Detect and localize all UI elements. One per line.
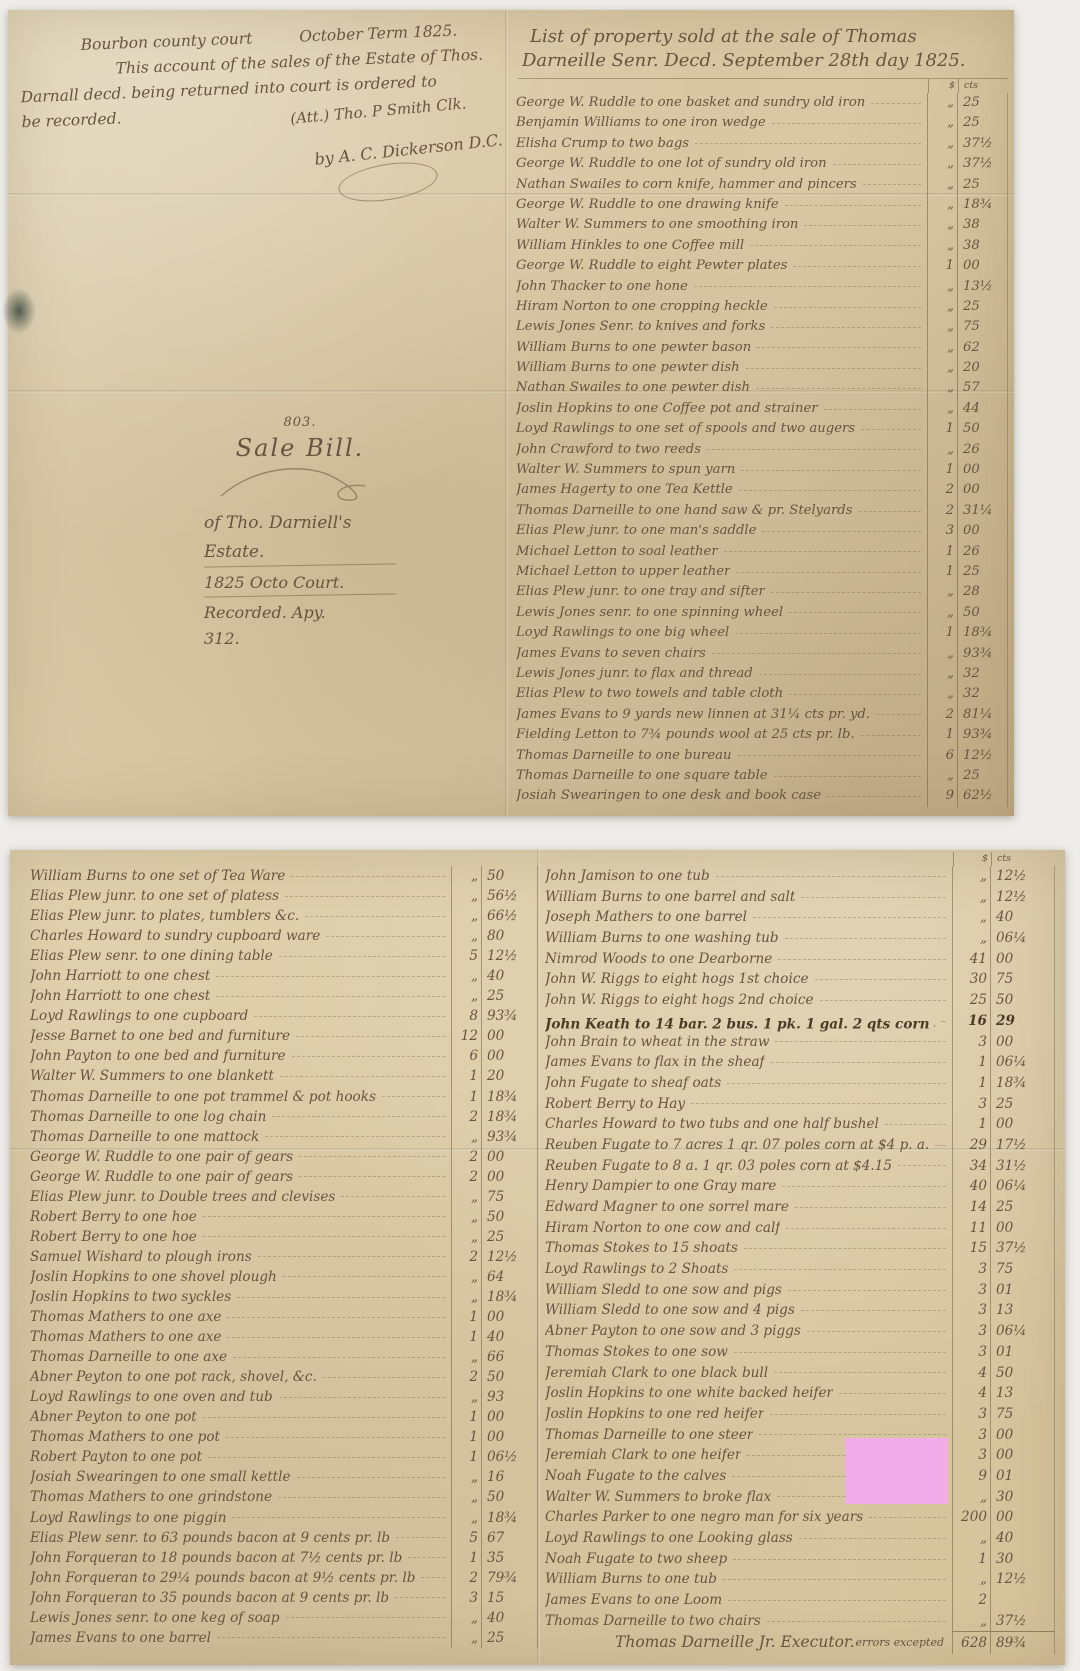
- price-dollars: 1: [952, 1052, 990, 1073]
- entry-text: Joslin Hopkins to one red heifer: [545, 1404, 764, 1425]
- price-dollars: 34: [952, 1156, 990, 1177]
- sale-entry: Loyd Rawlings to one piggin„18¾: [30, 1508, 537, 1528]
- entry-text: John Harriott to one chest: [30, 966, 210, 986]
- price-dollars: 2: [952, 1590, 990, 1611]
- price-column-headers: $ cts: [516, 79, 1008, 93]
- sale-entry: Elisha Crump to two bags„37½: [516, 134, 1007, 154]
- price-cents: 20: [481, 1066, 537, 1086]
- sale-entry: Walter W. Summers to broke flax„30: [545, 1487, 1054, 1508]
- price-dollars: 4: [952, 1363, 990, 1384]
- price-dollars: 1: [451, 1548, 481, 1568]
- entry-text: Joslin Hopkins to one Coffee pot and str…: [516, 399, 818, 419]
- entry-text: John Forqueran to 35 pounds bacon at 9 c…: [30, 1588, 389, 1608]
- price-cents: 00: [957, 521, 1007, 541]
- ink-smudge: [2, 288, 36, 334]
- leader-dashes: [326, 936, 445, 937]
- price-dollars: „: [952, 1611, 990, 1632]
- price-dollars: 8: [451, 1006, 481, 1026]
- sale-entry: George W. Ruddle to one drawing knife„18…: [516, 195, 1007, 215]
- leader-dashes: [767, 1621, 946, 1622]
- price-cents: 17½: [990, 1135, 1054, 1156]
- price-dollars: 6: [927, 746, 957, 766]
- leader-dashes: [285, 896, 445, 897]
- price-dollars: „: [451, 866, 481, 886]
- price-dollars: 1: [927, 562, 957, 582]
- price-cents: 66: [481, 1347, 537, 1367]
- price-dollars: „: [927, 175, 957, 195]
- leader-dashes: [795, 1207, 946, 1208]
- leader-dashes: [278, 1497, 445, 1498]
- leader-dashes: [216, 976, 445, 977]
- price-cents: 40: [481, 1608, 537, 1628]
- price-dollars: „: [451, 986, 481, 1006]
- sale-entry: William Hinkles to one Coffee mill„38: [516, 236, 1007, 256]
- price-cents: 79¾: [481, 1568, 537, 1588]
- sale-entry: Nimrod Woods to one Dearborne4100: [545, 949, 1054, 970]
- entry-text: George W. Ruddle to eight Pewter plates: [516, 256, 787, 276]
- leader-dashes: [861, 429, 921, 430]
- leader-dashes: [382, 1096, 445, 1097]
- sale-entry: Loyd Rawlings to one big wheel118¾: [516, 623, 1007, 643]
- entry-text: Edward Magner to one sorrel mare: [545, 1197, 789, 1218]
- price-dollars: 1: [927, 256, 957, 276]
- entry-text: Abner Peyton to one pot rack, shovel, &c…: [30, 1367, 317, 1387]
- entry-text: Hiram Norton to one cropping heckle: [516, 297, 768, 317]
- entry-text: Charles Howard to sundry cupboard ware: [30, 926, 320, 946]
- price-dollars: „: [927, 277, 957, 297]
- sale-entry: Thomas Darneille to one mattock„93¾: [30, 1127, 537, 1147]
- entry-text: Thomas Darneille to one mattock: [30, 1127, 259, 1147]
- leader-dashes: [807, 1331, 946, 1332]
- price-dollars: 1: [927, 460, 957, 480]
- price-dollars: 12: [451, 1026, 481, 1046]
- entry-text: Lewis Jones Senr. to knives and forks: [516, 317, 765, 337]
- price-dollars: 15: [952, 1238, 990, 1259]
- sale-entry: Samuel Wishard to plough irons212½: [30, 1247, 537, 1267]
- price-dollars: 1: [451, 1087, 481, 1107]
- price-dollars: „: [952, 907, 990, 928]
- entry-text: Michael Letton to soal leather: [516, 542, 718, 562]
- sale-entry: Walter W. Summers to one blankett120: [30, 1066, 537, 1086]
- sale-entry: Reuben Fugate to 7 acres 1 qr. 07 poles …: [545, 1135, 1054, 1156]
- entry-text: Thomas Darneille to one bureau: [516, 746, 732, 766]
- sale-entry: John Brain to wheat in the straw300: [545, 1032, 1054, 1053]
- leader-dashes: [216, 996, 445, 997]
- price-dollars: „: [451, 1608, 481, 1628]
- price-cents: 00: [990, 1218, 1054, 1239]
- price-dollars: 5: [451, 946, 481, 966]
- price-cents: 00: [990, 949, 1054, 970]
- price-cents: 38: [957, 236, 1007, 256]
- price-dollars: „: [927, 93, 957, 113]
- entry-text: Loyd Rawlings to one piggin: [30, 1508, 226, 1528]
- price-cents: 25: [957, 113, 1007, 133]
- entry-text: John Brain to wheat in the straw: [545, 1032, 769, 1053]
- sale-entry: John Forqueran to 35 pounds bacon at 9 c…: [30, 1588, 537, 1608]
- price-dollars: „: [451, 1187, 481, 1207]
- leader-dashes: [793, 266, 921, 267]
- leader-dashes: [258, 1256, 445, 1257]
- entry-text: George W. Ruddle to one drawing knife: [516, 195, 779, 215]
- sale-entry: Thomas Darneille to one log chain218¾: [30, 1107, 537, 1127]
- page-2-scan: William Burns to one set of Tea Ware„50E…: [10, 850, 1065, 1665]
- price-cents: 12½: [481, 1247, 537, 1267]
- price-cents: 00: [990, 1445, 1054, 1466]
- price-cents: 00: [481, 1307, 537, 1327]
- leader-dashes: [226, 1437, 445, 1438]
- sale-entry: Charles Howard to sundry cupboard ware„8…: [30, 926, 537, 946]
- price-cents: 12½: [957, 746, 1007, 766]
- sale-entry: James Hagerty to one Tea Kettle200: [516, 480, 1007, 500]
- price-dollars: „: [952, 887, 990, 908]
- entry-text: Noah Fugate to the calves: [545, 1466, 726, 1487]
- price-cents: 25: [990, 1094, 1054, 1115]
- price-cents: 00: [481, 1427, 537, 1447]
- price-cents: 44: [957, 399, 1007, 419]
- price-dollars: „: [927, 664, 957, 684]
- price-dollars: 2: [927, 501, 957, 521]
- price-dollars: „: [451, 1127, 481, 1147]
- entry-text: John Thacker to one hone: [516, 277, 688, 297]
- spacer: [545, 852, 953, 866]
- price-dollars: „: [927, 195, 957, 215]
- price-dollars: „: [927, 134, 957, 154]
- sale-list-page1: List of property sold at the sale of Tho…: [516, 10, 1008, 807]
- leader-dashes: [788, 1290, 946, 1291]
- leader-dashes: [734, 1269, 946, 1270]
- sale-list-page2-left: William Burns to one set of Tea Ware„50E…: [30, 866, 538, 1648]
- entry-text: Robert Payton to one pot: [30, 1447, 202, 1467]
- sale-entry: William Burns to one set of Tea Ware„50: [30, 866, 537, 886]
- price-dollars: „: [451, 1487, 481, 1507]
- price-cents: 56½: [481, 886, 537, 906]
- sale-entry: George W. Ruddle to one pair of gears200: [30, 1147, 537, 1167]
- leader-dashes: [827, 796, 921, 797]
- price-cents: 25: [957, 766, 1007, 786]
- spacer: [516, 79, 928, 93]
- entry-text: John Forqueran to 18 pounds bacon at 7½ …: [30, 1548, 402, 1568]
- entry-text: Nathan Swailes to corn knife, hammer and…: [516, 175, 857, 195]
- sale-entry: Loyd Rawlings to 2 Shoats375: [545, 1259, 1054, 1280]
- price-dollars: „: [952, 928, 990, 949]
- price-dollars: 2: [451, 1107, 481, 1127]
- price-cents: 12½: [990, 866, 1054, 887]
- price-cents: 50: [481, 1367, 537, 1387]
- sale-entry: James Evans to one barrel„25: [30, 1628, 537, 1648]
- sale-entry: James Evans to 9 yards new linnen at 31¼…: [516, 705, 1007, 725]
- docket-rule: [204, 593, 396, 597]
- price-cents: 29: [990, 1011, 1054, 1032]
- leader-dashes: [733, 1559, 946, 1560]
- price-cents: 75: [990, 969, 1054, 990]
- entry-text: Abner Peyton to one pot: [30, 1407, 197, 1427]
- price-cents: 06¼: [990, 1052, 1054, 1073]
- price-dollars: „: [451, 1227, 481, 1247]
- leader-dashes: [762, 531, 921, 532]
- entry-text: Lewis Jones senr. to one keg of soap: [30, 1608, 280, 1628]
- sale-entry: Jesse Barnet to one bed and furniture120…: [30, 1026, 537, 1046]
- entry-text: Jeremiah Clark to one black bull: [545, 1363, 768, 1384]
- court-term: October Term 1825.: [299, 22, 458, 46]
- price-dollars: „: [451, 1387, 481, 1407]
- sale-entry: Nathan Swailes to one pewter dish„57: [516, 378, 1007, 398]
- docket-page-number: 312.: [204, 629, 396, 648]
- price-dollars: 6: [451, 1046, 481, 1066]
- price-cents: 93¾: [481, 1006, 537, 1026]
- leader-dashes: [299, 1156, 445, 1157]
- price-dollars: 25: [952, 990, 990, 1011]
- price-dollars: 4: [952, 1383, 990, 1404]
- entry-text: Lewis Jones junr. to flax and thread: [516, 664, 753, 684]
- sale-entry: Walter W. Summers to one smoothing iron„…: [516, 215, 1007, 235]
- leader-dashes: [876, 714, 921, 715]
- price-cents: 75: [990, 1404, 1054, 1425]
- entry-text: James Evans to one barrel: [30, 1628, 211, 1648]
- sale-list-page2-right: $ cts John Jamison to one tub„12½William…: [545, 852, 1055, 1654]
- sale-entry: Abner Peyton to one pot rack, shovel, &c…: [30, 1367, 537, 1387]
- entry-text: Walter W. Summers to broke flax: [545, 1487, 771, 1508]
- price-cents: 57: [957, 378, 1007, 398]
- price-dollars: 2: [927, 480, 957, 500]
- sale-entry: Henry Dampier to one Gray mare4006¼: [545, 1176, 1054, 1197]
- price-cents: 31½: [990, 1156, 1054, 1177]
- sale-entry: William Burns to one washing tub„06¼: [545, 928, 1054, 949]
- price-cents: 20: [957, 358, 1007, 378]
- entry-text: Josiah Swearingen to one small kettle: [30, 1467, 291, 1487]
- price-dollars: 2: [451, 1367, 481, 1387]
- entry-text: Robert Berry to one hoe: [30, 1207, 197, 1227]
- price-dollars: 1: [451, 1327, 481, 1347]
- leader-dashes: [774, 307, 921, 308]
- price-dollars: 3: [952, 1280, 990, 1301]
- leader-dashes: [785, 938, 946, 939]
- price-dollars: 2: [451, 1247, 481, 1267]
- leader-dashes: [341, 1196, 445, 1197]
- price-dollars: „: [451, 966, 481, 986]
- leader-dashes: [859, 511, 922, 512]
- entry-text: Nathan Swailes to one pewter dish: [516, 378, 750, 398]
- price-cents: 37½: [957, 134, 1007, 154]
- total-row: Thomas Darneille Jr. Executor. errors ex…: [545, 1631, 1055, 1654]
- price-cents: 62: [957, 338, 1007, 358]
- leader-dashes: [695, 143, 921, 144]
- leader-dashes: [935, 1145, 946, 1146]
- entry-text: James Evans to 9 yards new linnen at 31¼…: [516, 705, 870, 725]
- price-cents: 37½: [957, 154, 1007, 174]
- docket-cover: 803. Sale Bill. of Tho. Darniell's Estat…: [204, 415, 396, 648]
- sale-entry: Thomas Darneille to two chairs„37½: [545, 1611, 1054, 1632]
- price-cents: 25: [957, 93, 1007, 113]
- sale-entry: Michael Letton to upper leather125: [516, 562, 1007, 582]
- price-cents: 06½: [481, 1447, 537, 1467]
- price-dollars: „: [952, 1487, 990, 1508]
- sale-entry: William Sledd to one sow and 4 pigs313: [545, 1300, 1054, 1321]
- sale-entry: Hiram Norton to one cow and calf1100: [545, 1218, 1054, 1239]
- sale-entry: George W. Ruddle to one basket and sundr…: [516, 93, 1007, 113]
- sale-entry: Thomas Mathers to one pot100: [30, 1427, 537, 1447]
- price-cents: 50: [481, 1487, 537, 1507]
- sale-entry: Michael Letton to soal leather126: [516, 542, 1007, 562]
- entry-text: James Hagerty to one Tea Kettle: [516, 480, 733, 500]
- price-cents: 00: [481, 1046, 537, 1066]
- sale-entry: John W. Riggs to eight hogs 1st choice30…: [545, 969, 1054, 990]
- page-1-scan: Bourbon county court October Term 1825. …: [8, 10, 1014, 816]
- price-dollars: 9: [952, 1466, 990, 1487]
- sale-entry: Thomas Darneille to one steer300: [545, 1425, 1054, 1446]
- price-cents: 25: [957, 175, 1007, 195]
- entry-text: Elias Plew junr. to plates, tumblers &c.: [30, 906, 299, 926]
- price-cents: 30: [990, 1487, 1054, 1508]
- cents-column-header: cts: [991, 852, 1055, 866]
- entry-text: William Burns to one pewter bason: [516, 338, 751, 358]
- price-cents: 40: [481, 966, 537, 986]
- price-dollars: 3: [952, 1300, 990, 1321]
- leader-dashes: [323, 1377, 445, 1378]
- sale-entry: Walter W. Summers to spun yarn100: [516, 460, 1007, 480]
- price-cents: 18¾: [957, 623, 1007, 643]
- sale-entry: Hiram Norton to one cropping heckle„25: [516, 297, 1007, 317]
- dollar-column-header: $: [928, 79, 958, 93]
- price-cents: 01: [990, 1342, 1054, 1363]
- price-dollars: 3: [952, 1259, 990, 1280]
- sale-entry: Robert Payton to one pot106½: [30, 1447, 537, 1467]
- entry-text: Jeremiah Clark to one heifer: [545, 1445, 741, 1466]
- cents-column-header: cts: [958, 79, 1008, 93]
- entry-text: Thomas Stokes to 15 shoats: [545, 1238, 738, 1259]
- entry-text: William Burns to one set of Tea Ware: [30, 866, 285, 886]
- pink-redaction-overlay: [845, 1438, 948, 1504]
- sale-entry: Charles Parker to one negro man for six …: [545, 1507, 1054, 1528]
- sale-entry: Elias Plew junr. to one set of platess„5…: [30, 886, 537, 906]
- sale-entry: James Evans to seven chairs„93¾: [516, 644, 1007, 664]
- price-cents: 00: [481, 1167, 537, 1187]
- sale-entry: Loyd Rawlings to one Looking glass„40: [545, 1528, 1054, 1549]
- price-cents: 81¼: [957, 705, 1007, 725]
- price-cents: 25: [957, 297, 1007, 317]
- sale-entry: Elias Plew junr. to Double trees and cle…: [30, 1187, 537, 1207]
- price-cents: 30: [990, 1549, 1054, 1570]
- leader-dashes: [279, 1397, 445, 1398]
- price-cents: 13: [990, 1383, 1054, 1404]
- price-dollars: 14: [952, 1197, 990, 1218]
- price-dollars: 3: [952, 1342, 990, 1363]
- price-cents: 06¼: [990, 928, 1054, 949]
- price-cents: 80: [481, 926, 537, 946]
- sale-entry: Loyd Rawlings to one oven and tub„93: [30, 1387, 537, 1407]
- entry-text: Hiram Norton to one cow and calf: [545, 1218, 780, 1239]
- entry-text: George W. Ruddle to one pair of gears: [30, 1147, 293, 1167]
- sale-entry: Loyd Rawlings to one cupboard893¾: [30, 1006, 537, 1026]
- leader-dashes: [757, 347, 921, 348]
- price-dollars: 2: [451, 1167, 481, 1187]
- sale-entry: John Thacker to one hone„13½: [516, 277, 1007, 297]
- price-dollars: „: [451, 1508, 481, 1528]
- leader-dashes: [286, 1617, 445, 1618]
- price-dollars: „: [927, 440, 957, 460]
- leader-dashes: [279, 956, 445, 957]
- entry-text: James Evans to one Loom: [545, 1590, 722, 1611]
- price-cents: 06¼: [990, 1321, 1054, 1342]
- price-dollars: 5: [451, 1528, 481, 1548]
- leader-dashes: [272, 1116, 445, 1117]
- sale-entry: Joseph Mathers to one barrel„40: [545, 907, 1054, 928]
- price-dollars: 30: [952, 969, 990, 990]
- sale-entry: Elias Plew to two towels and table cloth…: [516, 684, 1007, 704]
- sale-entry: Thomas Darneille to one pot trammel & po…: [30, 1087, 537, 1107]
- sale-entry: Charles Howard to two tubs and one half …: [545, 1114, 1054, 1135]
- leader-dashes: [707, 449, 921, 450]
- price-dollars: 2: [451, 1147, 481, 1167]
- entry-text: Thomas Mathers to one pot: [30, 1427, 220, 1447]
- price-cents: 26: [957, 542, 1007, 562]
- leader-dashes: [789, 694, 921, 695]
- price-cents: 18¾: [957, 195, 1007, 215]
- sale-entry: Noah Fugate to the calves901: [545, 1466, 1054, 1487]
- price-dollars: 2: [451, 1568, 481, 1588]
- price-dollars: „: [451, 1467, 481, 1487]
- leader-dashes: [694, 286, 921, 287]
- leader-dashes: [871, 103, 921, 104]
- leader-dashes: [774, 1372, 946, 1373]
- price-dollars: 200: [952, 1507, 990, 1528]
- sale-entry: Lewis Jones senr. to one keg of soap„40: [30, 1608, 537, 1628]
- sale-entries-page1: George W. Ruddle to one basket and sundr…: [516, 93, 1008, 807]
- price-cents: 26: [957, 440, 1007, 460]
- price-dollars: 1: [952, 1073, 990, 1094]
- leader-dashes: [233, 1357, 445, 1358]
- price-dollars: 1: [927, 623, 957, 643]
- entry-text: Joslin Hopkins to one shovel plough: [30, 1267, 277, 1287]
- leader-dashes: [735, 633, 921, 634]
- price-cents: 16: [481, 1467, 537, 1487]
- entry-text: George W. Ruddle to one basket and sundr…: [516, 93, 865, 113]
- leader-dashes: [736, 572, 921, 573]
- price-dollars: „: [952, 1528, 990, 1549]
- leader-dashes: [839, 1393, 946, 1394]
- entry-text: George W. Ruddle to one pair of gears: [30, 1167, 293, 1187]
- leader-dashes: [756, 388, 921, 389]
- leader-dashes: [203, 1216, 445, 1217]
- leader-dashes: [775, 1041, 946, 1042]
- sale-entry: Thomas Darneille to one bureau612½: [516, 746, 1007, 766]
- leader-dashes: [789, 612, 921, 613]
- leader-dashes: [778, 959, 946, 960]
- price-dollars: 3: [952, 1094, 990, 1115]
- price-dollars: „: [451, 1628, 481, 1648]
- entry-text: Walter W. Summers to one smoothing iron: [516, 215, 798, 235]
- leader-dashes: [738, 755, 921, 756]
- leader-dashes: [280, 1076, 445, 1077]
- entry-text: William Burns to one tub: [545, 1569, 717, 1590]
- sale-entry: Benjamin Williams to one iron wedge„25: [516, 113, 1007, 133]
- price-dollars: 3: [952, 1404, 990, 1425]
- price-dollars: „: [927, 766, 957, 786]
- price-cents: 25: [957, 562, 1007, 582]
- price-cents: 93¾: [481, 1127, 537, 1147]
- price-dollars: 3: [451, 1588, 481, 1608]
- sale-entry: William Burns to one pewter dish„20: [516, 358, 1007, 378]
- leader-dashes: [815, 979, 947, 980]
- sale-entry: Robert Berry to Hay325: [545, 1094, 1054, 1115]
- price-dollars: „: [927, 399, 957, 419]
- sale-entry: Thomas Stokes to one sow301: [545, 1342, 1054, 1363]
- leader-dashes: [727, 1083, 946, 1084]
- leader-dashes: [898, 1165, 946, 1166]
- price-cents: 75: [990, 1259, 1054, 1280]
- sale-entry: Elias Plew senr. to 63 pounds bacon at 9…: [30, 1528, 537, 1548]
- price-dollars: 3: [952, 1445, 990, 1466]
- leader-dashes: [396, 1537, 445, 1538]
